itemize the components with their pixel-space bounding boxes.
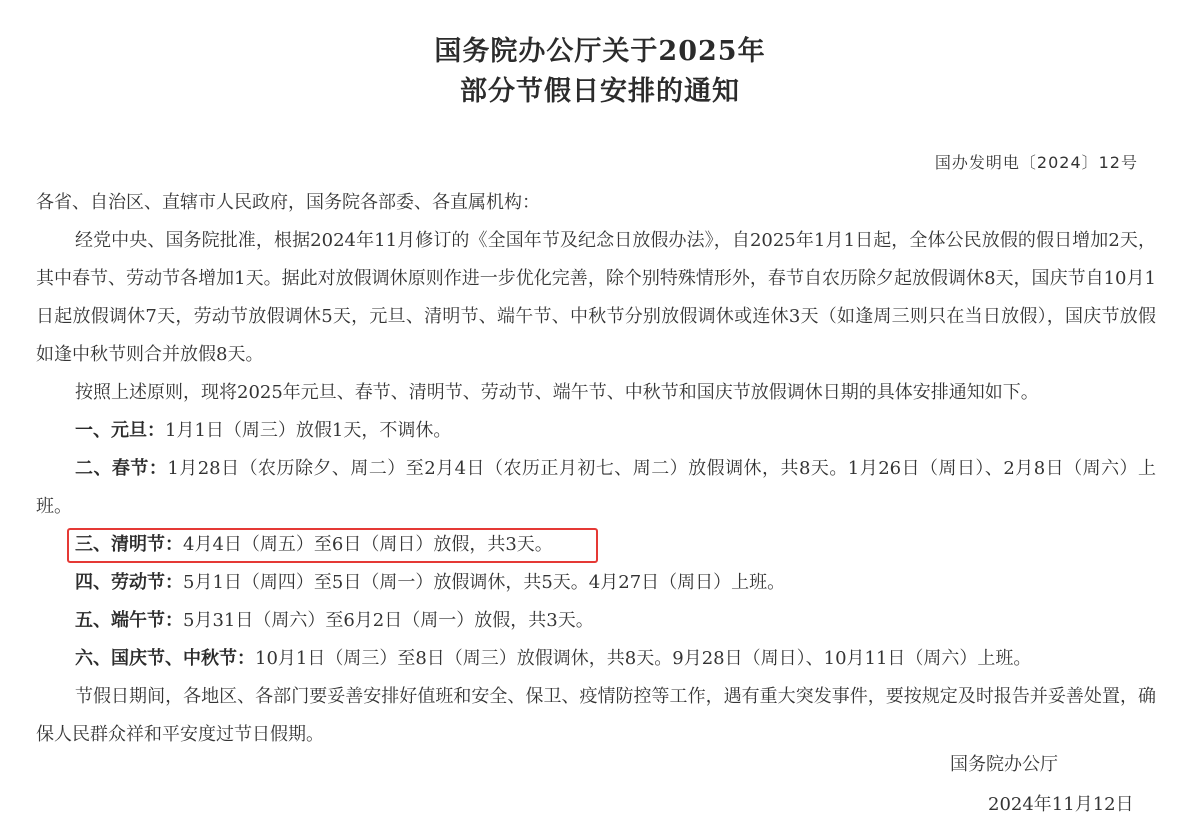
holiday-text: 10月1日（周三）至8日（周三）放假调休，共8天。9月28日（周日）、10月11…	[255, 648, 1031, 669]
holiday-item-new-year: 一、元旦：1月1日（周三）放假1天，不调休。	[36, 412, 1156, 450]
holiday-item-spring-festival: 二、春节：1月28日（农历除夕、周二）至2月4日（农历正月初七、周二）放假调休，…	[36, 450, 1156, 526]
holiday-text: 5月1日（周四）至5日（周一）放假调休，共5天。4月27日（周日）上班。	[183, 572, 785, 593]
holiday-text: 1月1日（周三）放假1天，不调休。	[165, 420, 451, 441]
document-number: 国办发明电〔2024〕12号	[935, 150, 1138, 173]
notice-paragraph: 按照上述原则，现将2025年元旦、春节、清明节、劳动节、端午节、中秋节和国庆节放…	[36, 374, 1156, 412]
holiday-item-qingming: 三、清明节：4月4日（周五）至6日（周日）放假，共3天。	[36, 526, 1156, 564]
closing-paragraph: 节假日期间，各地区、各部门要妥善安排好值班和安全、保卫、疫情防控等工作，遇有重大…	[36, 678, 1156, 754]
holiday-label: 二、春节：	[75, 458, 167, 479]
signature-date: 2024年11月12日	[988, 790, 1134, 816]
holiday-label: 六、国庆节、中秋节：	[75, 648, 255, 669]
signature-issuer: 国务院办公厅	[950, 750, 1058, 776]
highlighted-holiday-qingming: 三、清明节：4月4日（周五）至6日（周日）放假，共3天。	[36, 526, 1156, 564]
holiday-item-national-day: 六、国庆节、中秋节：10月1日（周三）至8日（周三）放假调休，共8天。9月28日…	[36, 640, 1156, 678]
holiday-text: 5月31日（周六）至6月2日（周一）放假，共3天。	[183, 610, 594, 631]
intro-paragraph: 经党中央、国务院批准，根据2024年11月修订的《全国年节及纪念日放假办法》，自…	[36, 222, 1156, 374]
holiday-label: 一、元旦：	[75, 420, 165, 441]
document-title-line-1: 国务院办公厅关于2025年	[0, 29, 1200, 68]
holiday-label: 四、劳动节：	[75, 572, 183, 593]
holiday-text: 4月4日（周五）至6日（周日）放假，共3天。	[183, 534, 553, 555]
salutation: 各省、自治区、直辖市人民政府，国务院各部委、各直属机构：	[36, 184, 1156, 222]
document-body: 各省、自治区、直辖市人民政府，国务院各部委、各直属机构： 经党中央、国务院批准，…	[36, 184, 1156, 754]
holiday-item-dragon-boat: 五、端午节：5月31日（周六）至6月2日（周一）放假，共3天。	[36, 602, 1156, 640]
holiday-label: 三、清明节：	[75, 534, 183, 555]
holiday-label: 五、端午节：	[75, 610, 183, 631]
document-title-line-2: 部分节假日安排的通知	[0, 69, 1200, 108]
holiday-text: 1月28日（农历除夕、周二）至2月4日（农历正月初七、周二）放假调休，共8天。1…	[36, 458, 1156, 517]
holiday-item-labor-day: 四、劳动节：5月1日（周四）至5日（周一）放假调休，共5天。4月27日（周日）上…	[36, 564, 1156, 602]
